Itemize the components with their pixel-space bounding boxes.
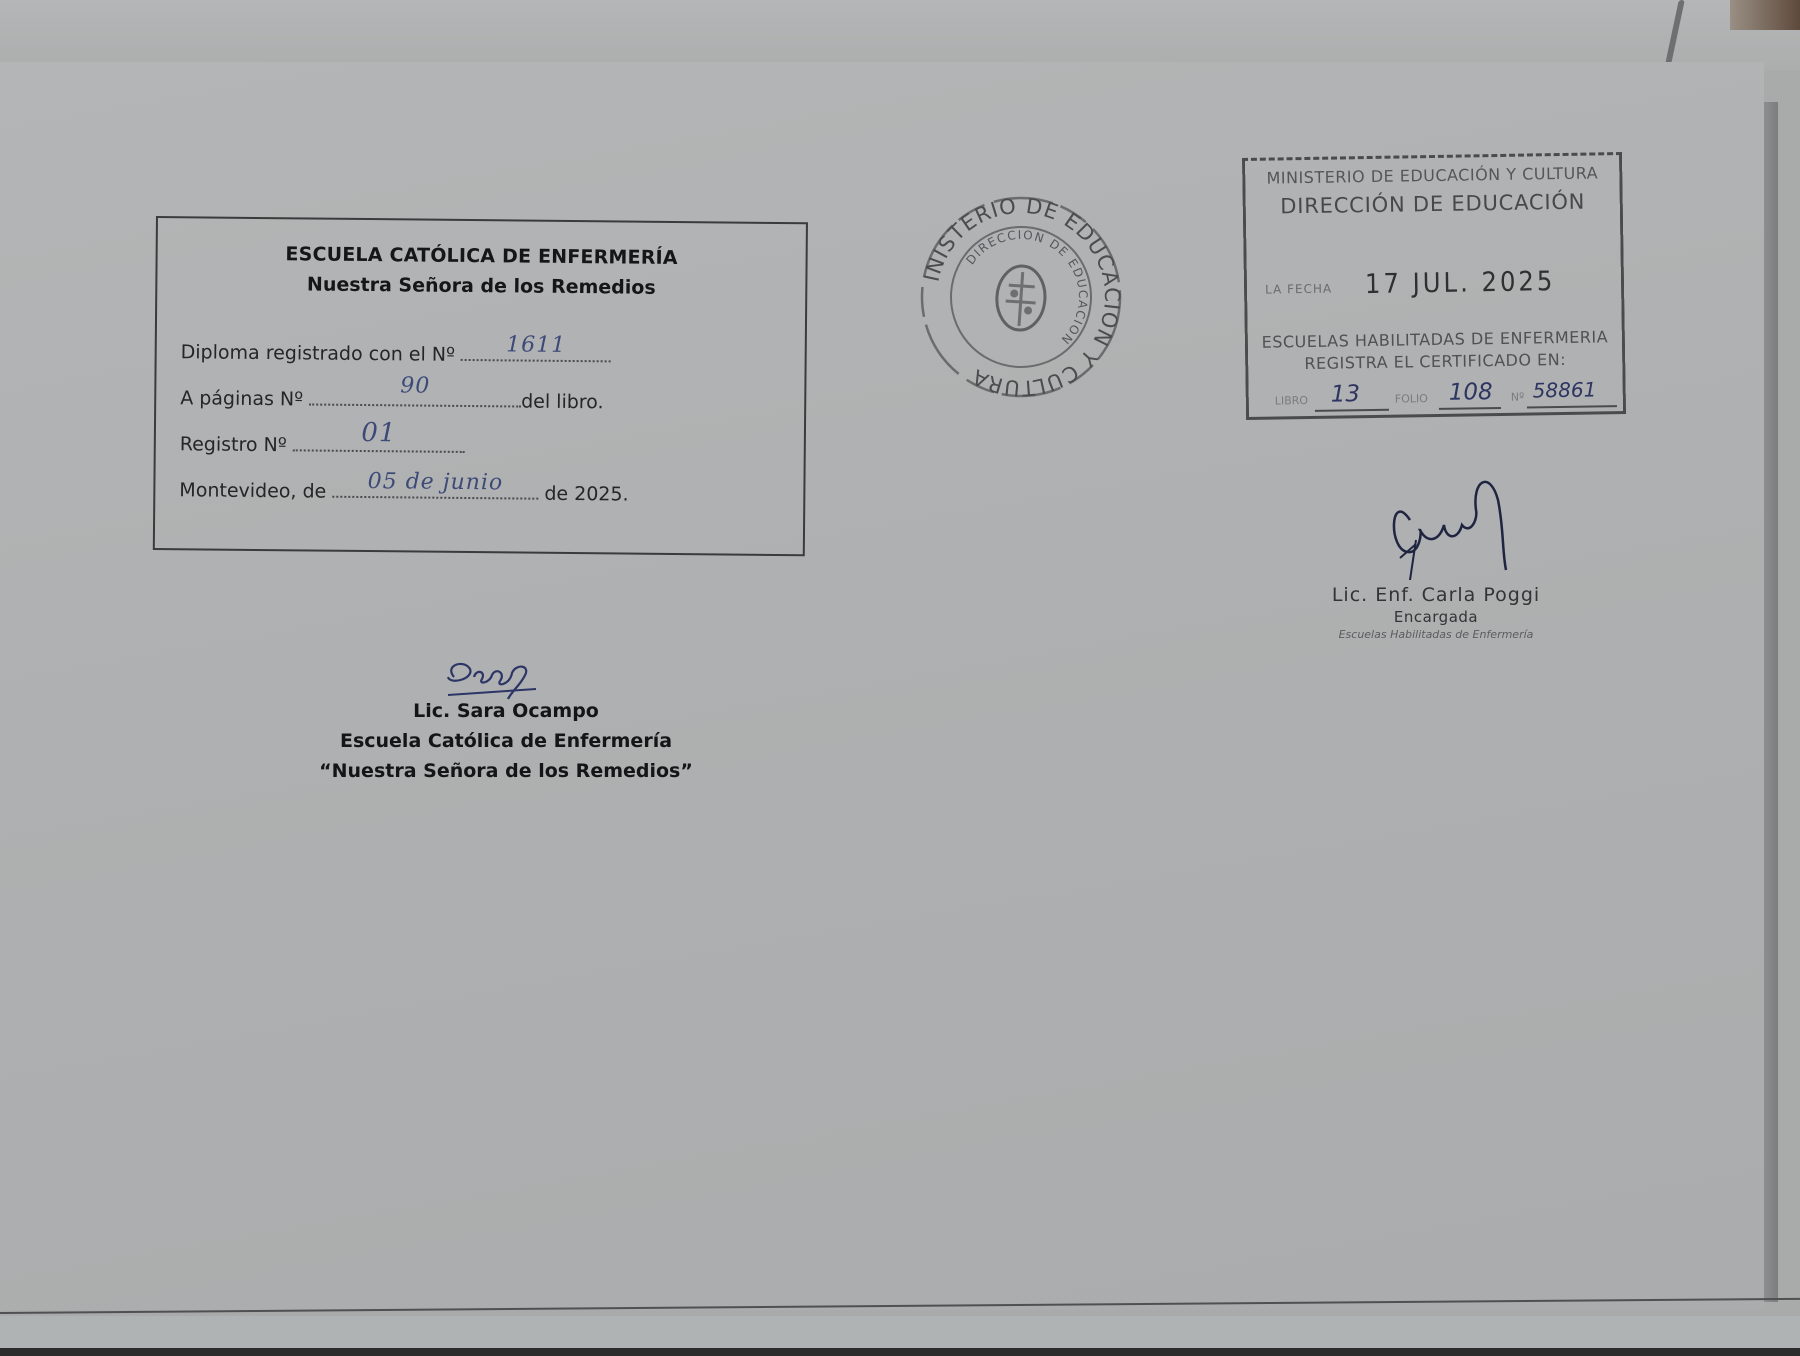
signatory-right: Lic. Enf. Carla Poggi Encargada Escuelas…	[1306, 584, 1566, 641]
year-suffix: de 2025.	[544, 483, 628, 506]
date-field: 05 de junio	[332, 480, 538, 500]
stamp-registra-line: REGISTRA EL CERTIFICADO EN:	[1248, 349, 1622, 374]
signatory-left-subtitle: “Nuestra Señora de los Remedios”	[306, 756, 706, 786]
registro-field: 01	[293, 433, 465, 453]
registro-label: Registro Nº	[180, 433, 287, 456]
coat-of-arms-icon	[995, 264, 1047, 331]
ministry-registration-stamp: MINISTERIO DE EDUCACIÓN Y CULTURA DIRECC…	[1242, 152, 1626, 420]
folio-underline	[1439, 407, 1501, 410]
paginas-label: A páginas Nº	[180, 387, 303, 410]
school-title: ESCUELA CATÓLICA DE ENFERMERÍA	[158, 242, 806, 270]
paginas-line: A páginas Nº 90 del libro.	[180, 386, 604, 413]
stamp-direccion: DIRECCIÓN DE EDUCACIÓN	[1246, 189, 1620, 219]
stamp-book-row: LIBRO 13 FOLIO 108 Nº 58861	[1275, 379, 1615, 412]
folio-value: 108	[1449, 379, 1493, 406]
date-line: Montevideo, de 05 de junio de 2025.	[179, 478, 628, 505]
signatory-left: Lic. Sara Ocampo Escuela Católica de Enf…	[306, 696, 706, 786]
montevideo-label: Montevideo, de	[179, 479, 326, 502]
diploma-line: Diploma registrado con el Nº 1611	[181, 340, 612, 367]
paginas-suffix: del libro.	[521, 391, 604, 414]
numero-value: 58861	[1532, 377, 1596, 402]
page-edge	[1764, 102, 1778, 1302]
libro-value: 13	[1331, 381, 1361, 407]
libro-label: LIBRO	[1275, 394, 1308, 408]
paginas-number: 90	[309, 372, 521, 399]
registro-line: Registro Nº 01	[180, 432, 465, 458]
bottom-shadow	[0, 1348, 1800, 1356]
signatory-left-org: Escuela Católica de Enfermería	[306, 726, 706, 756]
paginas-field: 90	[309, 387, 521, 407]
numero-label: Nº	[1511, 391, 1525, 404]
stamp-fecha-label: LA FECHA	[1265, 282, 1332, 297]
registration-box: ESCUELA CATÓLICA DE ENFERMERÍA Nuestra S…	[153, 216, 808, 556]
signatory-right-role: Encargada	[1306, 608, 1566, 626]
montevideo-date: 05 de junio	[332, 469, 538, 496]
signatory-left-name: Lic. Sara Ocampo	[306, 696, 706, 726]
stamp-ministry: MINISTERIO DE EDUCACIÓN Y CULTURA	[1245, 163, 1619, 188]
signature-right	[1380, 470, 1530, 580]
ministry-round-seal: MINISTERIO DE EDUCACION Y CULTURA DIRECC…	[911, 187, 1131, 407]
stamp-date: 17 JUL. 2025	[1365, 266, 1556, 300]
diploma-field: 1611	[461, 343, 611, 362]
background-object	[1730, 0, 1800, 30]
signatory-right-org: Escuelas Habilitadas de Enfermería	[1306, 628, 1566, 641]
signatory-right-name: Lic. Enf. Carla Poggi	[1306, 584, 1566, 606]
diploma-label: Diploma registrado con el Nº	[181, 341, 456, 366]
registro-number: 01	[293, 417, 465, 449]
folio-label: FOLIO	[1395, 392, 1428, 406]
stamp-schools-line: ESCUELAS HABILITADAS DE ENFERMERIA	[1248, 327, 1622, 352]
diploma-number: 1611	[461, 332, 611, 358]
backdrop	[0, 0, 1800, 70]
libro-underline	[1315, 409, 1389, 412]
school-subtitle: Nuestra Señora de los Remedios	[157, 272, 805, 300]
numero-underline	[1527, 405, 1617, 408]
